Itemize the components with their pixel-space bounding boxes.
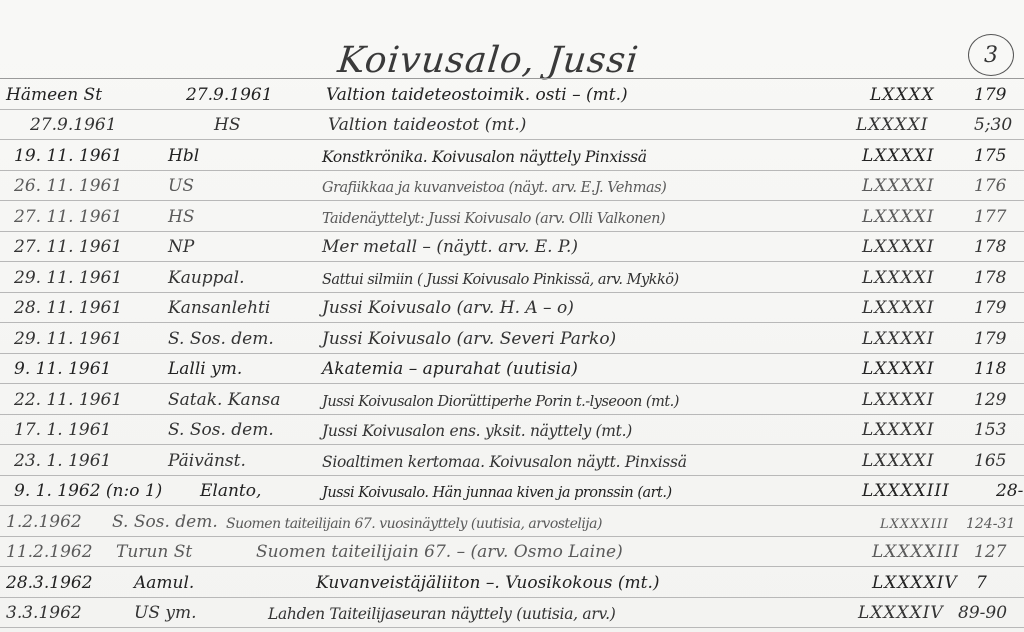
archive-index-card: Koivusalo, Jussi 3 Hämeen St 27.9.1961 V…: [0, 0, 1024, 632]
entry-paper: HS: [214, 115, 240, 135]
entry-volume: LXXXXI: [862, 146, 934, 166]
entry-row: 19. 11. 1961 Hbl Konstkrönika. Koivusalo…: [0, 140, 1024, 171]
entry-page: 129: [974, 390, 1006, 410]
card-title: Koivusalo, Jussi: [336, 40, 641, 81]
entry-title: Konstkrönika. Koivusalon näyttely Pinxis…: [322, 148, 647, 166]
entry-paper: S. Sos. dem.: [112, 512, 218, 532]
entry-paper: Hämeen St: [6, 85, 102, 105]
entries-list: Hämeen St 27.9.1961 Valtion taideteostoi…: [0, 79, 1024, 628]
entry-row: 28. 11. 1961 Kansanlehti Jussi Koivusalo…: [0, 293, 1024, 324]
entry-paper: Turun St: [116, 542, 192, 562]
entry-title: Suomen taiteilijain 67. vuosinäyttely (u…: [226, 516, 602, 532]
entry-paper: Hbl: [168, 146, 199, 166]
entry-page: 118: [974, 359, 1006, 379]
entry-volume: LXXXXIII: [880, 517, 949, 532]
entry-date: 29. 11. 1961: [14, 329, 122, 349]
entry-paper: Elanto,: [200, 481, 261, 501]
entry-title: Jussi Koivusalon ens. yksit. näyttely (m…: [322, 422, 632, 440]
entry-page: 178: [974, 237, 1006, 257]
entry-title: Grafiikkaa ja kuvanveistoa (näyt. arv. E…: [322, 180, 666, 196]
entry-page: 165: [974, 451, 1006, 471]
entry-paper: US ym.: [134, 603, 197, 623]
entry-page: 179: [974, 298, 1006, 318]
entry-paper: Päivänst.: [168, 451, 246, 471]
entry-page: 7: [976, 573, 987, 593]
entry-page: 28-: [996, 481, 1023, 501]
entry-row: 27. 11. 1961 HS Taidenäyttelyt: Jussi Ko…: [0, 201, 1024, 232]
entry-paper: S. Sos. dem.: [168, 329, 274, 349]
entry-date: 19. 11. 1961: [14, 146, 122, 166]
entry-paper: US: [168, 176, 194, 196]
entry-row: 26. 11. 1961 US Grafiikkaa ja kuvanveist…: [0, 171, 1024, 202]
entry-date: 23. 1. 1961: [14, 451, 111, 471]
entry-date: 27.9.1961: [186, 85, 273, 105]
entry-row: 22. 11. 1961 Satak. Kansa Jussi Koivusal…: [0, 384, 1024, 415]
entry-date: 1.2.1962: [6, 512, 82, 532]
entry-paper: Aamul.: [134, 573, 194, 593]
entry-row: 23. 1. 1961 Päivänst. Sioaltimen kertoma…: [0, 445, 1024, 476]
entry-volume: LXXXXI: [862, 451, 934, 471]
entry-volume: LXXXXIII: [862, 481, 950, 501]
entry-date: 29. 11. 1961: [14, 268, 122, 288]
entry-volume: LXXXXI: [862, 359, 934, 379]
entry-volume: LXXXXI: [862, 298, 934, 318]
entry-page: 176: [974, 176, 1006, 196]
entry-row: 27. 11. 1961 NP Mer metall – (näytt. arv…: [0, 232, 1024, 263]
entry-row: 3.3.1962 US ym. Lahden Taiteilijaseuran …: [0, 598, 1024, 629]
entry-volume: LXXXXI: [862, 237, 934, 257]
entry-page: 179: [974, 329, 1006, 349]
entry-paper: Kansanlehti: [168, 298, 270, 318]
entry-volume: LXXXXIII: [872, 542, 960, 562]
entry-volume: LXXXXI: [862, 207, 934, 227]
entry-paper: Kauppal.: [168, 268, 245, 288]
entry-page: 153: [974, 420, 1006, 440]
entry-volume: LXXXXI: [856, 115, 928, 135]
entry-title: Sattui silmiin ( Jussi Koivusalo Pinkiss…: [322, 272, 679, 288]
entry-row: 17. 1. 1961 S. Sos. dem. Jussi Koivusalo…: [0, 415, 1024, 446]
entry-date: 26. 11. 1961: [14, 176, 122, 196]
entry-row: 11.2.1962 Turun St Suomen taiteilijain 6…: [0, 537, 1024, 568]
entry-date: 9. 1. 1962 (n:o 1): [14, 481, 162, 501]
entry-title: Taidenäyttelyt: Jussi Koivusalo (arv. Ol…: [322, 211, 665, 227]
entry-volume: LXXXX: [870, 85, 935, 105]
entry-title: Jussi Koivusalo (arv. Severi Parko): [322, 329, 616, 349]
entry-volume: LXXXXI: [862, 390, 934, 410]
entry-date: 17. 1. 1961: [14, 420, 111, 440]
entry-date: 27.9.1961: [30, 115, 117, 135]
entry-volume: LXXXXI: [862, 176, 934, 196]
entry-paper: HS: [168, 207, 194, 227]
entry-volume: LXXXXIV: [872, 573, 958, 593]
entry-title: Valtion taideteostoimik. osti – (mt.): [326, 85, 628, 105]
entry-title: Akatemia – apurahat (uutisia): [322, 359, 578, 379]
entry-title: Jussi Koivusalo (arv. H. A – o): [322, 298, 574, 318]
entry-page: 175: [974, 146, 1006, 166]
entry-title: Lahden Taiteilijaseuran näyttely (uutisi…: [268, 605, 615, 623]
entry-date: 9. 11. 1961: [14, 359, 111, 379]
entry-page: 127: [974, 542, 1006, 562]
entry-page: 178: [974, 268, 1006, 288]
entry-page: 89-90: [958, 603, 1007, 623]
entry-paper: Satak. Kansa: [168, 390, 281, 410]
entry-paper: Lalli ym.: [168, 359, 242, 379]
entry-paper: NP: [168, 237, 194, 257]
entry-date: 27. 11. 1961: [14, 207, 122, 227]
entry-row: 9. 1. 1962 (n:o 1) Elanto, Jussi Koivusa…: [0, 476, 1024, 507]
entry-page: 179: [974, 85, 1006, 105]
entry-date: 28.3.1962: [6, 573, 93, 593]
entry-row: 29. 11. 1961 S. Sos. dem. Jussi Koivusal…: [0, 323, 1024, 354]
entry-date: 3.3.1962: [6, 603, 82, 623]
entry-volume: LXXXXI: [862, 420, 934, 440]
entry-title: Mer metall – (näytt. arv. E. P.): [322, 237, 578, 257]
entry-date: 11.2.1962: [6, 542, 93, 562]
entry-page: 5;30: [974, 115, 1012, 135]
entry-page: 124-31: [966, 516, 1015, 532]
entry-title: Suomen taiteilijain 67. – (arv. Osmo Lai…: [256, 542, 623, 562]
entry-paper: S. Sos. dem.: [168, 420, 274, 440]
card-number-circled: 3: [968, 34, 1014, 76]
entry-date: 27. 11. 1961: [14, 237, 122, 257]
entry-row: 29. 11. 1961 Kauppal. Sattui silmiin ( J…: [0, 262, 1024, 293]
entry-page: 177: [974, 207, 1006, 227]
entry-volume: LXXXXIV: [858, 603, 944, 623]
entry-title: Jussi Koivusalo. Hän junnaa kiven ja pro…: [322, 485, 672, 501]
entry-title: Kuvanveistäjäliiton –. Vuosikokous (mt.): [316, 573, 660, 593]
entry-title: Valtion taideostot (mt.): [328, 115, 526, 135]
entry-date: 28. 11. 1961: [14, 298, 122, 318]
entry-row: 28.3.1962 Aamul. Kuvanveistäjäliiton –. …: [0, 567, 1024, 598]
entry-date: 22. 11. 1961: [14, 390, 122, 410]
entry-title: Jussi Koivusalon Diorüttiperhe Porin t.-…: [322, 394, 679, 410]
entry-volume: LXXXXI: [862, 329, 934, 349]
entry-row: 9. 11. 1961 Lalli ym. Akatemia – apuraha…: [0, 354, 1024, 385]
entry-row: 1.2.1962 S. Sos. dem. Suomen taiteilijai…: [0, 506, 1024, 537]
entry-row: Hämeen St 27.9.1961 Valtion taideteostoi…: [0, 79, 1024, 110]
entry-row: 27.9.1961 HS Valtion taideostot (mt.) LX…: [0, 110, 1024, 141]
entry-title: Sioaltimen kertomaa. Koivusalon näytt. P…: [322, 453, 687, 471]
entry-volume: LXXXXI: [862, 268, 934, 288]
